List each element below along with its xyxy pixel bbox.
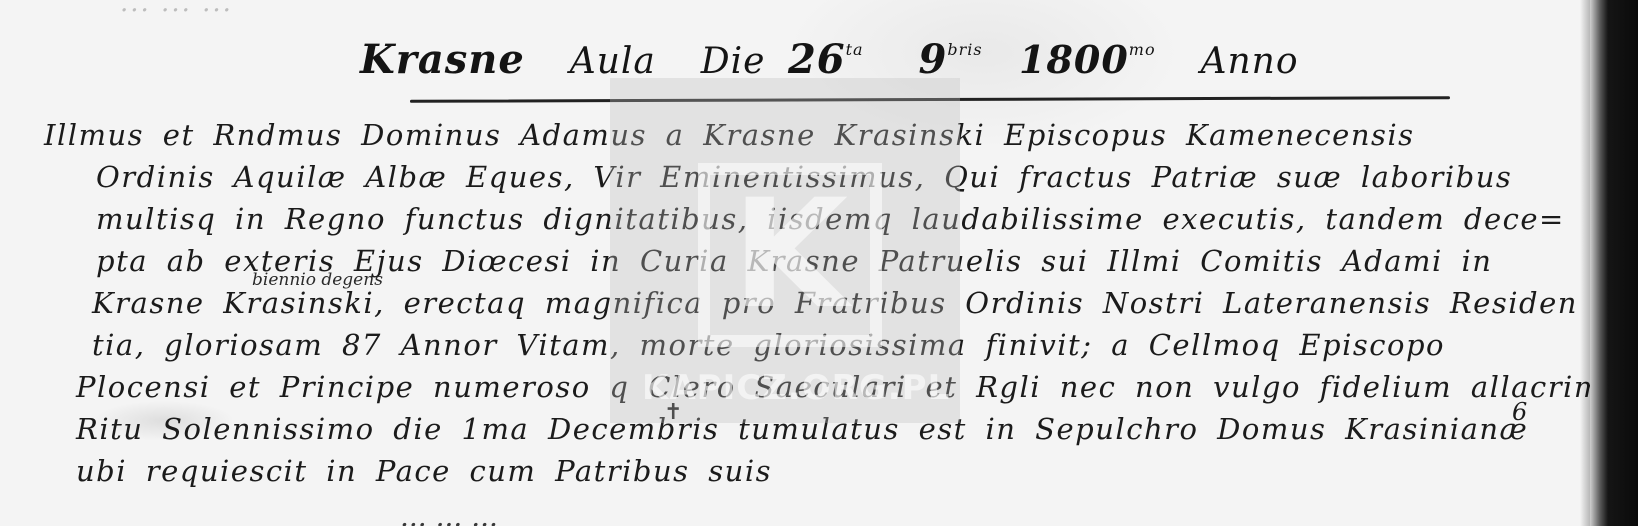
heading-day-suffix: ta	[846, 40, 864, 59]
heading-month: 9	[918, 36, 947, 83]
heading-year: 1800	[1019, 37, 1129, 82]
heading-die: Die	[701, 41, 766, 82]
watermark: K KAPICZ.ORG.PL	[610, 78, 960, 423]
heading-aula: Aula	[570, 41, 656, 82]
next-entry-fragment: ... ... ...	[400, 500, 498, 526]
entry-line-9: ubi requiescit in Pace cum Patribus suis	[76, 454, 772, 488]
heading-day: 26	[788, 36, 846, 83]
margin-mark: 6	[1512, 398, 1527, 426]
interlinear-insertion: biennio degens	[252, 270, 383, 290]
watermark-text: KAPICZ.ORG.PL	[642, 368, 950, 408]
book-binding	[1590, 0, 1638, 526]
previous-entry-fragment: ... ... ...	[120, 0, 233, 18]
heading-place: Krasne	[360, 36, 525, 83]
page-binding-shadow	[1580, 0, 1590, 526]
entry-heading: Krasne Aula Die 26ta 9bris 1800mo Anno	[360, 36, 1299, 83]
register-page-scan: ... ... ... Krasne Aula Die 26ta 9bris 1…	[0, 0, 1638, 526]
heading-year-suffix: mo	[1129, 40, 1156, 59]
watermark-logo-letter: K	[710, 175, 870, 335]
heading-month-suffix: bris	[947, 40, 982, 59]
watermark-logo-icon: K	[698, 163, 882, 347]
heading-anno: Anno	[1200, 41, 1298, 82]
